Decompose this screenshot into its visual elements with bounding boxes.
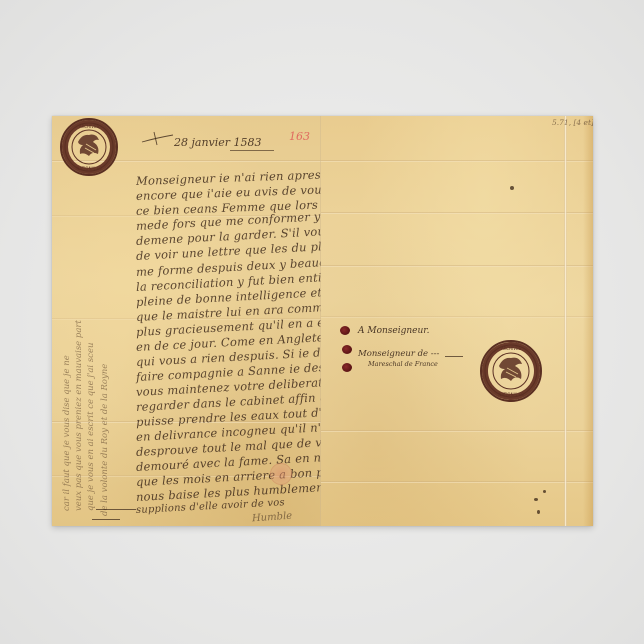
margin-note: de la volonte du Roy et de la Royne xyxy=(100,364,110,516)
fold-line xyxy=(321,316,593,318)
red-archive-stamp-icon xyxy=(270,463,292,485)
ink-stroke xyxy=(92,519,120,520)
signature: Humble xyxy=(252,511,293,525)
date-underline xyxy=(230,150,274,151)
ink-spot xyxy=(537,510,540,514)
ink-spot xyxy=(543,490,546,493)
address-line-2: Monseigneur de --- xyxy=(358,349,439,359)
wax-seal-icon xyxy=(342,345,352,354)
address-flourish xyxy=(445,356,463,357)
wax-seal-icon xyxy=(342,363,352,372)
fold-line-vertical xyxy=(564,116,567,526)
fold-line xyxy=(321,481,593,483)
archive-reference: 5.71, [4 et] xyxy=(552,118,593,127)
letter-date: 28 janvier 1583 xyxy=(174,136,262,149)
folio-number: 163 xyxy=(289,130,310,143)
ink-spot xyxy=(510,186,514,190)
fold-line xyxy=(321,430,593,432)
left-page: ARCHIVES NATIONALES 28 janvier 1583 163 … xyxy=(52,116,321,526)
edge-stain xyxy=(583,116,593,526)
svg-text:NATIONALES: NATIONALES xyxy=(76,166,102,171)
address-line-1: A Monseigneur. xyxy=(358,326,429,336)
svg-text:ARCHIVES: ARCHIVES xyxy=(501,346,522,351)
cross-mark-icon xyxy=(140,130,174,146)
margin-note: veux pas que vous preniez en mauvaise pa… xyxy=(74,320,84,511)
fold-line xyxy=(321,212,593,214)
ink-spot xyxy=(534,498,538,501)
archive-seal-icon: ARCHIVES NATIONALES xyxy=(480,340,542,402)
fold-line xyxy=(321,160,593,162)
address-line-3: Mareschal de France xyxy=(368,360,438,368)
margin-note: que je vous en ai escrit ce que j'ai sce… xyxy=(86,343,96,511)
ink-stroke xyxy=(96,509,136,510)
right-page: 5.71, [4 et] A Monseigneur. Monseigneur … xyxy=(321,116,593,526)
svg-text:ARCHIVES: ARCHIVES xyxy=(79,124,100,129)
wax-seal-icon xyxy=(340,326,350,335)
archive-seal-icon: ARCHIVES NATIONALES xyxy=(60,118,118,176)
letter-document: ARCHIVES NATIONALES 28 janvier 1583 163 … xyxy=(52,116,593,526)
svg-text:NATIONALES: NATIONALES xyxy=(498,392,524,397)
margin-note: car il faut que je vous dise que je ne xyxy=(62,355,72,511)
fold-line xyxy=(321,265,593,267)
